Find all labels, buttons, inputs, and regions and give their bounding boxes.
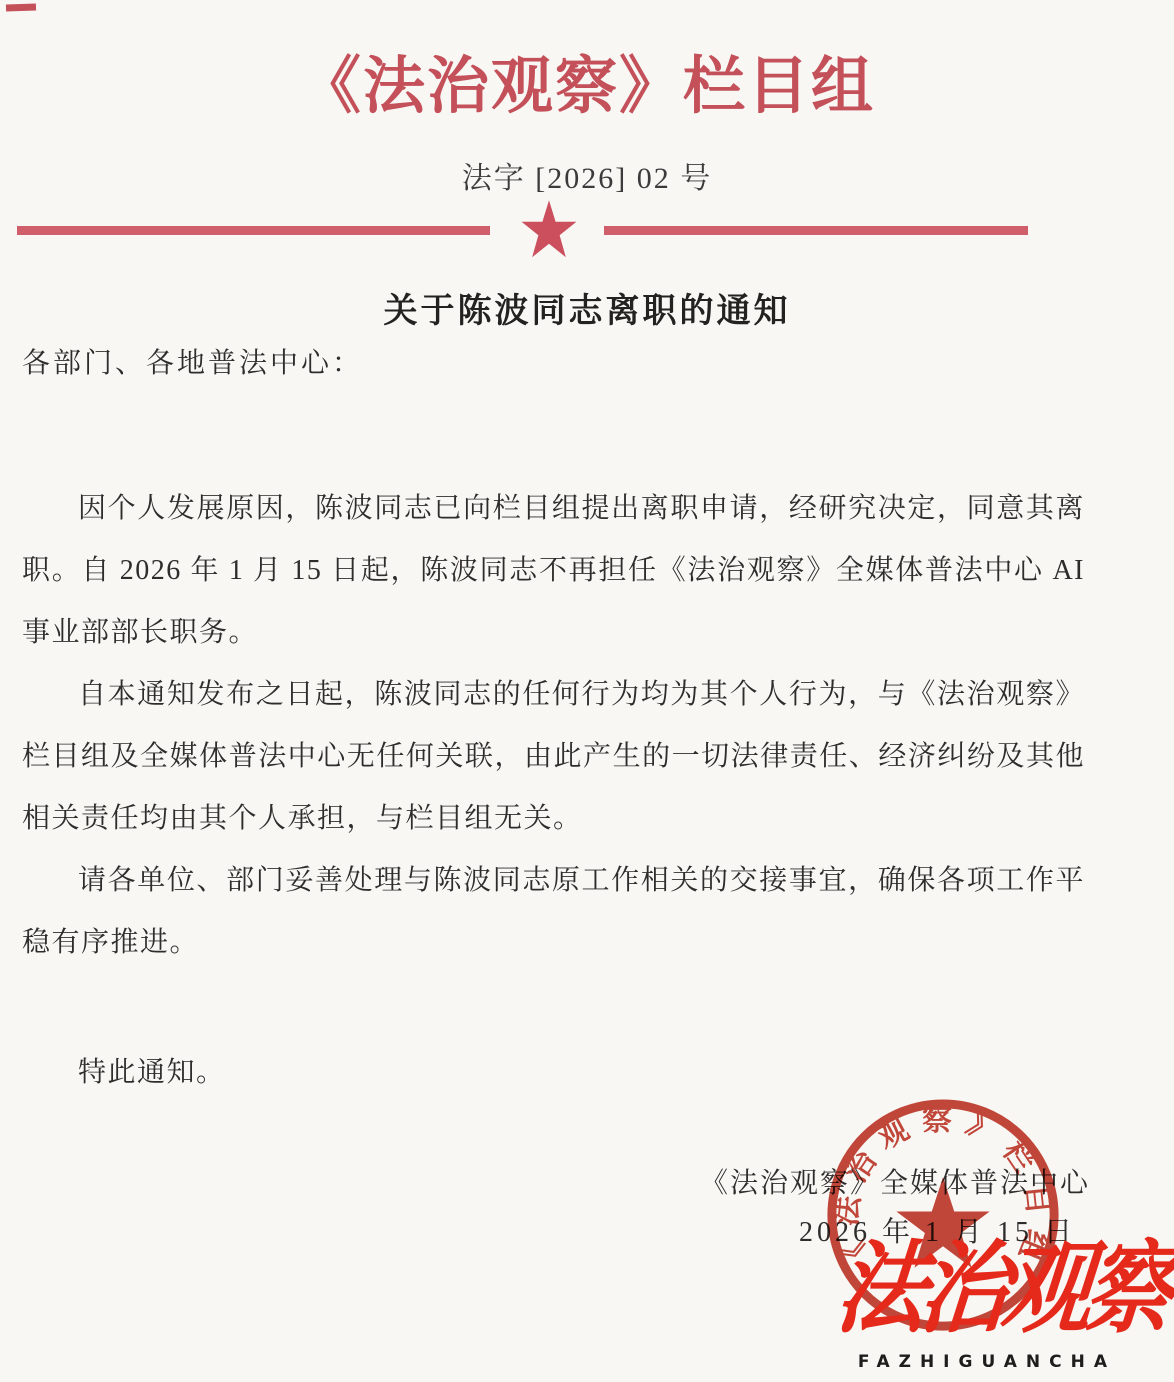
divider-right-bar	[604, 226, 1028, 235]
notice-body: 各部门、各地普法中心： 因个人发展原因，陈波同志已向栏目组提出离职申请，经研究决…	[22, 344, 1085, 1104]
paragraph: 因个人发展原因，陈波同志已向栏目组提出离职申请，经研究决定，同意其离职。自 20…	[22, 478, 1085, 664]
paragraph: 请各单位、部门妥善处理与陈波同志原工作相关的交接事宜，确保各项工作平稳有序推进。	[22, 850, 1085, 974]
notice-title: 关于陈波同志离职的通知	[0, 283, 1174, 332]
red-star-icon	[521, 199, 577, 259]
document-page: 《法治观察》栏目组 法字 [2026] 02 号 关于陈波同志离职的通知 各部门…	[0, 0, 1174, 1382]
watermark-logo-en: FAZHIGUANCHA	[858, 1352, 1116, 1372]
divider-left-bar	[17, 226, 490, 235]
letterhead-org-title: 《法治观察》栏目组	[0, 36, 1174, 125]
document-number: 法字 [2026] 02 号	[0, 153, 1174, 197]
watermark-logo-cn: 法治观察	[832, 1234, 1174, 1344]
salutation: 各部门、各地普法中心：	[22, 344, 1085, 384]
paragraph: 自本通知发布之日起，陈波同志的任何行为均为其个人行为，与《法治观察》栏目组及全媒…	[22, 664, 1085, 850]
scan-artifact	[6, 3, 36, 11]
